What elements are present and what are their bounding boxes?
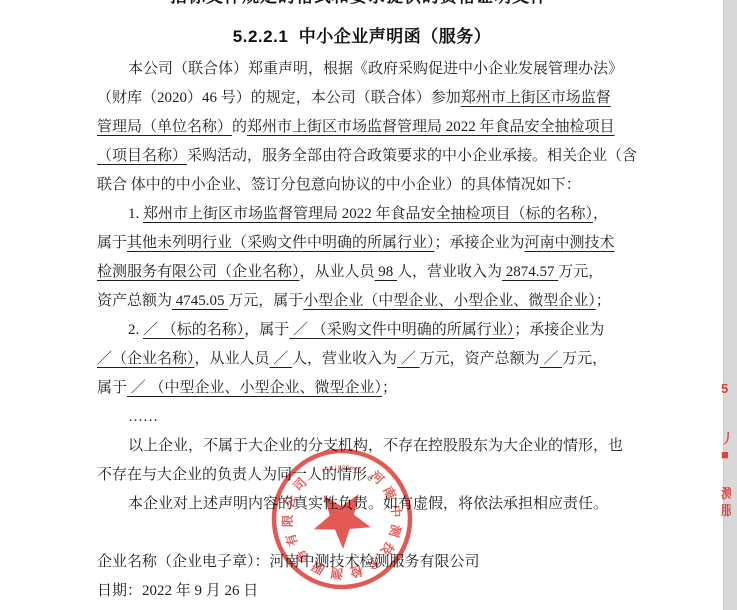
- filled-blank: ／ （标的名称）: [143, 322, 244, 338]
- filled-blank: 检测服务有限公司（企业名称）: [97, 264, 300, 280]
- filled-blank: 4745.05: [172, 293, 228, 309]
- text-line: 日期：2022 年 9 月 26 日: [97, 577, 663, 606]
- text-line: 2. ／ （标的名称），属于 ／ （采购文件中明确的所属行业）；承接企业为: [97, 316, 663, 345]
- text-line: 本公司（联合体）郑重声明，根据《政府采购促进中小企业发展管理办法》: [97, 55, 663, 84]
- text-segment: ；: [382, 380, 397, 396]
- text-segment: 万元，: [558, 264, 603, 280]
- section-heading: 5.2.2.1 中小企业声明函（服务）: [0, 22, 724, 47]
- text-segment: ，从业人员: [300, 264, 375, 280]
- text-segment: 日期：2022 年 9 月 26 日: [97, 583, 258, 599]
- text-segment: 采购活动，服务全部由符合政策要求的中小企业承接。相关企业（含: [187, 148, 637, 164]
- text-line: （项目名称）采购活动，服务全部由符合政策要求的中小企业承接。相关企业（含: [97, 142, 663, 171]
- text-line: [97, 519, 663, 548]
- edge-stamp-fragment: 丿: [721, 432, 731, 446]
- text-segment: 万元，资产总额为: [420, 351, 540, 367]
- text-segment: ；承接企业为: [435, 235, 525, 251]
- text-line: 检测服务有限公司（企业名称），从业人员 98 人，营业收入为 2874.57 万…: [97, 258, 663, 287]
- document-page: 招标文件规定的格式和要求提供的资格证明文件 5.2.2.1 中小企业声明函（服务…: [0, 0, 737, 610]
- text-segment: 属于: [97, 380, 127, 396]
- text-segment: ，属于: [244, 322, 289, 338]
- text-line: 联合 体中的中小企业、签订分包意向协议的中小企业）的具体情况如下：: [97, 171, 663, 200]
- text-line: 企业名称（企业电子章）：河南中测技术检测服务有限公司: [97, 548, 663, 577]
- filled-blank: 小型企业（中型企业、小型企业、微型企业）: [303, 293, 596, 309]
- edge-stamp-fragment: 服: [721, 504, 731, 518]
- filled-blank: ／（企业名称）: [97, 351, 195, 367]
- text-segment: ；承接企业为: [514, 322, 604, 338]
- text-line: 本企业对上述声明内容的真实性负责。如有虚假，将依法承担相应责任。: [97, 490, 663, 519]
- text-line: （财库（2020）46 号）的规定，本公司（联合体）参加郑州市上街区市场监督: [97, 84, 663, 113]
- text-line: 不存在与大企业的负责人为同一人的情形。: [97, 461, 663, 490]
- text-line: 以上企业，不属于大企业的分支机构，不存在控股股东为大企业的情形，也: [97, 432, 663, 461]
- text-segment: 万元，: [562, 351, 607, 367]
- text-segment: 人，营业收入为: [397, 264, 502, 280]
- text-segment: 人，营业收入为: [292, 351, 397, 367]
- filled-blank: ／: [397, 351, 420, 367]
- text-segment: 企业名称（企业电子章）：河南中测技术检测服务有限公司: [97, 554, 480, 570]
- text-segment: 不存在与大企业的负责人为同一人的情形。: [97, 467, 382, 483]
- filled-blank: 管理局（单位名称）: [97, 119, 232, 135]
- declaration-body: 本公司（联合体）郑重声明，根据《政府采购促进中小企业发展管理办法》（财库（202…: [97, 55, 663, 606]
- text-segment: 资产总额为: [97, 293, 172, 309]
- filled-blank: 2874.57: [502, 264, 558, 280]
- text-segment: 1.: [128, 206, 143, 222]
- filled-blank: （项目名称）: [97, 148, 187, 164]
- filled-blank: 郑州市上街区市场监督管理局 2022 年食品安全抽检项目: [247, 119, 615, 135]
- text-line: 1. 郑州市上街区市场监督管理局 2022 年食品安全抽检项目（标的名称），: [97, 200, 663, 229]
- filled-blank: ／ （中型企业、小型企业、微型企业）: [127, 380, 382, 396]
- text-segment: ，从业人员: [195, 351, 270, 367]
- text-segment: ；: [596, 293, 611, 309]
- text-segment: 万元，属于: [228, 293, 303, 309]
- filled-blank: ／: [540, 351, 563, 367]
- text-segment: 的: [232, 119, 247, 135]
- filled-blank: 郑州市上街区市场监督: [461, 90, 611, 106]
- edge-stamp-fragment: ■: [721, 448, 731, 462]
- text-line: 属于其他未列明行业（采购文件中明确的所属行业）；承接企业为河南中测技术: [97, 229, 663, 258]
- text-segment: （财库（2020）46 号）的规定，本公司（联合体）参加: [97, 90, 461, 106]
- text-line: 属于 ／ （中型企业、小型企业、微型企业）；: [97, 374, 663, 403]
- text-segment: 本企业对上述声明内容的真实性负责。如有虚假，将依法承担相应责任。: [128, 496, 608, 512]
- filled-blank: 其他未列明行业（采购文件中明确的所属行业）: [127, 235, 435, 251]
- clipped-top-heading: 招标文件规定的格式和要求提供的资格证明文件: [170, 0, 590, 7]
- text-segment: ，: [593, 206, 608, 222]
- page-edge: [723, 0, 737, 610]
- text-segment: 联合 体中的中小企业、签订分包意向协议的中小企业）的具体情况如下：: [97, 177, 581, 193]
- text-segment: 以上企业，不属于大企业的分支机构，不存在控股股东为大企业的情形，也: [128, 438, 623, 454]
- filled-blank: 河南中测技术: [525, 235, 615, 251]
- filled-blank: 郑州市上街区市场监督管理局 2022 年食品安全抽检项目（标的名称）: [143, 206, 593, 222]
- filled-blank: 98: [375, 264, 398, 280]
- text-line: ……: [97, 403, 663, 432]
- text-line: ／（企业名称），从业人员 ／ 人，营业收入为 ／ 万元，资产总额为 ／ 万元，: [97, 345, 663, 374]
- text-segment: 属于: [97, 235, 127, 251]
- text-segment: 本公司（联合体）郑重声明，根据《政府采购促进中小企业发展管理办法》: [128, 61, 623, 77]
- text-segment: 2.: [128, 322, 143, 338]
- edge-stamp-fragment: 5: [721, 382, 731, 396]
- text-line: 资产总额为 4745.05 万元，属于小型企业（中型企业、小型企业、微型企业）；: [97, 287, 663, 316]
- text-line: 管理局（单位名称）的郑州市上街区市场监督管理局 2022 年食品安全抽检项目: [97, 113, 663, 142]
- text-segment: ……: [128, 409, 158, 425]
- filled-blank: ／ （采购文件中明确的所属行业）: [289, 322, 514, 338]
- edge-stamp-fragment: 测: [721, 487, 731, 501]
- filled-blank: ／: [270, 351, 293, 367]
